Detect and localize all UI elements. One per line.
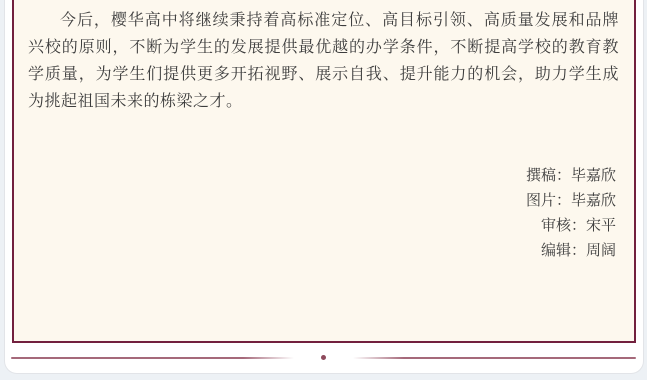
divider-line-right bbox=[353, 357, 636, 359]
credits-block: 撰稿：毕嘉欣 图片：毕嘉欣 审核：宋平 编辑：周阔 bbox=[526, 163, 616, 263]
credit-line-pictures: 图片：毕嘉欣 bbox=[526, 188, 616, 213]
credit-line-editor: 编辑：周阔 bbox=[526, 238, 616, 263]
credit-line-reviewer: 审核：宋平 bbox=[526, 213, 616, 238]
divider-line-left bbox=[11, 357, 294, 359]
content-card: 今后，樱华高中将继续秉持着高标准定位、高目标引领、高质量发展和品牌兴校的原则，不… bbox=[4, 0, 644, 374]
article-paragraph: 今后，樱华高中将继续秉持着高标准定位、高目标引领、高质量发展和品牌兴校的原则，不… bbox=[14, 0, 634, 115]
divider-dot-icon bbox=[321, 355, 326, 360]
page-background: { "page": { "background_color": "#edf1f5… bbox=[0, 0, 647, 380]
credit-line-writer: 撰稿：毕嘉欣 bbox=[526, 163, 616, 188]
article-box: 今后，樱华高中将继续秉持着高标准定位、高目标引领、高质量发展和品牌兴校的原则，不… bbox=[12, 0, 636, 343]
bottom-divider bbox=[11, 355, 636, 360]
